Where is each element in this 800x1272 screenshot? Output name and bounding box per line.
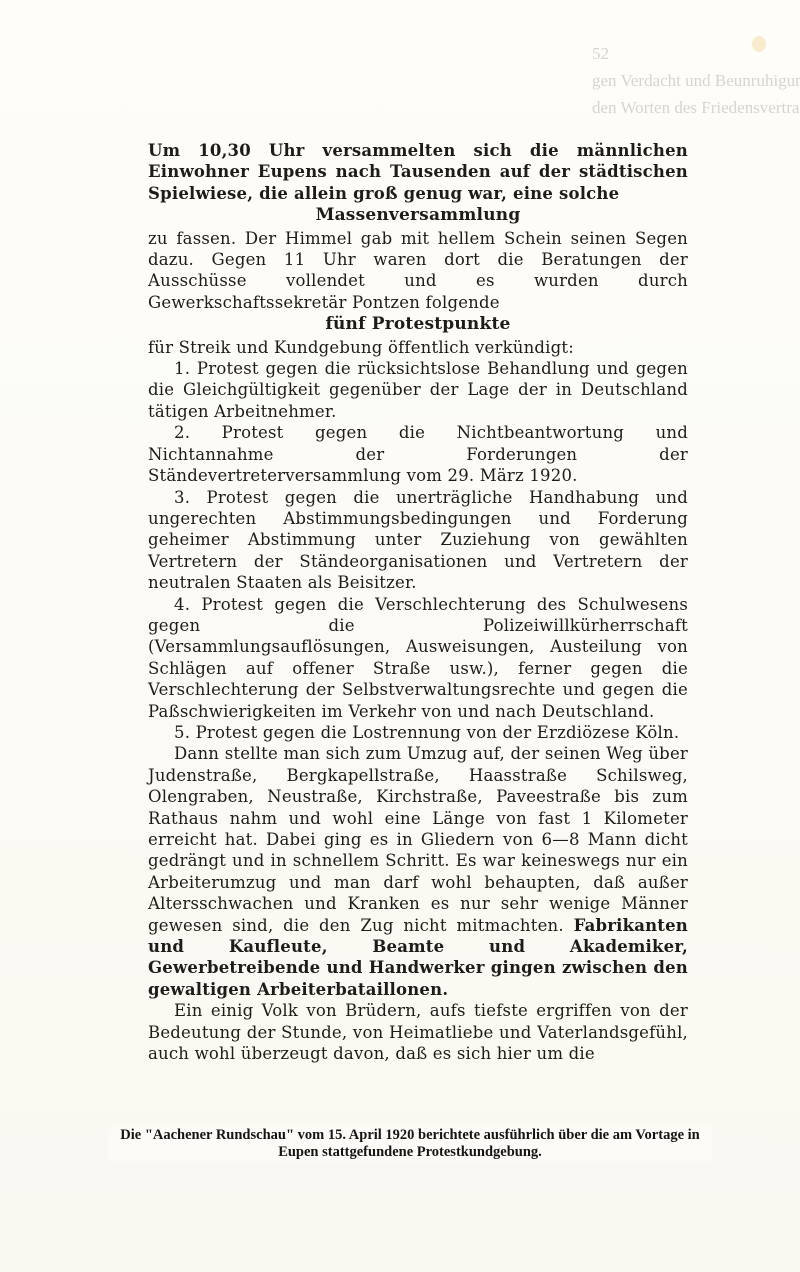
newspaper-clipping: Um 10,30 Uhr versammelten sich die männl… [148,140,688,1064]
heading-protestpunkte: fünf Protestpunkte [148,314,688,335]
protest-point-2: 2. Protest gegen die Nichtbeantwortung u… [148,422,688,486]
protest-point-1: 1. Protest gegen die rücksichtslose Beha… [148,358,688,422]
protest-point-3: 3. Protest gegen die unerträgliche Handh… [148,487,688,594]
figure-caption: Die "Aachener Rundschau" vom 15. April 1… [108,1127,712,1161]
protest-point-4: 4. Protest gegen die Verschlechterung de… [148,594,688,722]
bleed-line: den Worten des Friedensvertrages "defini… [592,94,800,121]
bleed-page-number: 52 [592,40,800,67]
heading-massenversammlung: Massenversammlung [148,205,688,226]
paragraph-1: zu fassen. Der Himmel gab mit hellem Sch… [148,228,688,314]
bleed-line: gen Verdacht und Beunruhigung auslösen. … [592,67,800,94]
paragraph-2: für Streik und Kundgebung öffentlich ver… [148,337,688,358]
paragraph-3: Dann stellte man sich zum Umzug auf, der… [148,743,688,1000]
paragraph-3-text: Dann stellte man sich zum Umzug auf, der… [148,744,688,934]
bleed-through-text: 52 gen Verdacht und Beunruhigung auslöse… [592,40,800,121]
scanned-page: 52 gen Verdacht und Beunruhigung auslöse… [0,0,800,1272]
protest-point-5: 5. Protest gegen die Lostrennung von der… [148,722,688,743]
article-intro: Um 10,30 Uhr versammelten sich die männl… [148,140,688,204]
paragraph-4: Ein einig Volk von Brüdern, aufs tiefste… [148,1000,688,1064]
